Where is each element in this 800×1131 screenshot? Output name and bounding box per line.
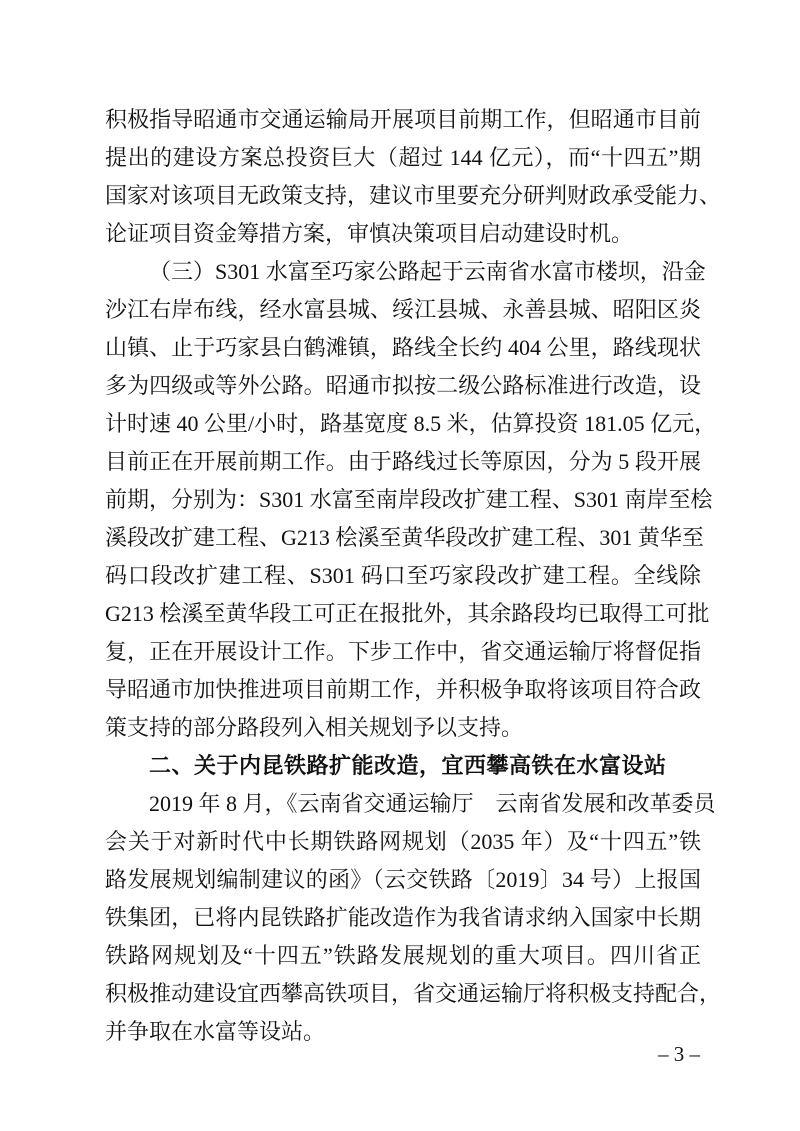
text-line: 策支持的部分路段列入相关规划予以支持。: [105, 709, 701, 747]
text-line: 溪段改扩建工程、G213 桧溪至黄华段改扩建工程、301 黄华至: [105, 519, 701, 557]
body-paragraph: 积极指导昭通市交通运输局开展项目前期工作，但昭通市目前提出的建设方案总投资巨大（…: [105, 101, 701, 253]
text-line: 山镇、止于巧家县白鹤滩镇，路线全长约 404 公里，路线现状: [105, 329, 701, 367]
text-line: 2019 年 8 月，《云南省交通运输厅 云南省发展和改革委员: [105, 785, 701, 823]
page-footer: – 3 –: [0, 1042, 700, 1067]
text-line: 路发展规划编制建议的函》（云交铁路〔2019〕34 号）上报国: [105, 861, 701, 899]
text-line: 目前正在开展前期工作。由于路线过长等原因，分为 5 段开展: [105, 443, 701, 481]
page-number: – 3 –: [658, 1042, 700, 1066]
text-line: G213 桧溪至黄华段工可正在报批外，其余路段均已取得工可批: [105, 595, 701, 633]
text-line: 铁集团，已将内昆铁路扩能改造作为我省请求纳入国家中长期: [105, 899, 701, 937]
heading-line: 二、关于内昆铁路扩能改造，宜西攀高铁在水富设站: [105, 747, 701, 785]
document-page: 积极指导昭通市交通运输局开展项目前期工作，但昭通市目前提出的建设方案总投资巨大（…: [0, 0, 800, 1131]
text-line: 前期，分别为：S301 水富至南岸段改扩建工程、S301 南岸至桧: [105, 481, 701, 519]
text-line: 国家对该项目无政策支持，建议市里要充分研判财政承受能力、: [105, 177, 701, 215]
text-line: 积极推动建设宜西攀高铁项目，省交通运输厅将积极支持配合，: [105, 975, 701, 1013]
text-line: 多为四级或等外公路。昭通市拟按二级公路标准进行改造，设: [105, 367, 701, 405]
text-line: 论证项目资金筹措方案，审慎决策项目启动建设时机。: [105, 215, 701, 253]
document-body: 积极指导昭通市交通运输局开展项目前期工作，但昭通市目前提出的建设方案总投资巨大（…: [105, 101, 701, 1051]
text-line: 计时速 40 公里/小时，路基宽度 8.5 米，估算投资 181.05 亿元，: [105, 405, 701, 443]
text-line: 码口段改扩建工程、S301 码口至巧家段改扩建工程。全线除: [105, 557, 701, 595]
text-line: 积极指导昭通市交通运输局开展项目前期工作，但昭通市目前: [105, 101, 701, 139]
text-line: 会关于对新时代中长期铁路网规划（2035 年）及“十四五”铁: [105, 823, 701, 861]
body-paragraph: （三）S301 水富至巧家公路起于云南省水富市楼坝，沿金沙江右岸布线，经水富县城…: [105, 253, 701, 747]
section-heading: 二、关于内昆铁路扩能改造，宜西攀高铁在水富设站: [105, 747, 701, 785]
text-line: 导昭通市加快推进项目前期工作，并积极争取将该项目符合政: [105, 671, 701, 709]
text-line: 铁路网规划及“十四五”铁路发展规划的重大项目。四川省正: [105, 937, 701, 975]
text-line: （三）S301 水富至巧家公路起于云南省水富市楼坝，沿金: [105, 253, 701, 291]
text-line: 提出的建设方案总投资巨大（超过 144 亿元），而“十四五”期: [105, 139, 701, 177]
body-paragraph: 2019 年 8 月，《云南省交通运输厅 云南省发展和改革委员会关于对新时代中长…: [105, 785, 701, 1051]
text-line: 沙江右岸布线，经水富县城、绥江县城、永善县城、昭阳区炎: [105, 291, 701, 329]
text-line: 复，正在开展设计工作。下步工作中，省交通运输厅将督促指: [105, 633, 701, 671]
